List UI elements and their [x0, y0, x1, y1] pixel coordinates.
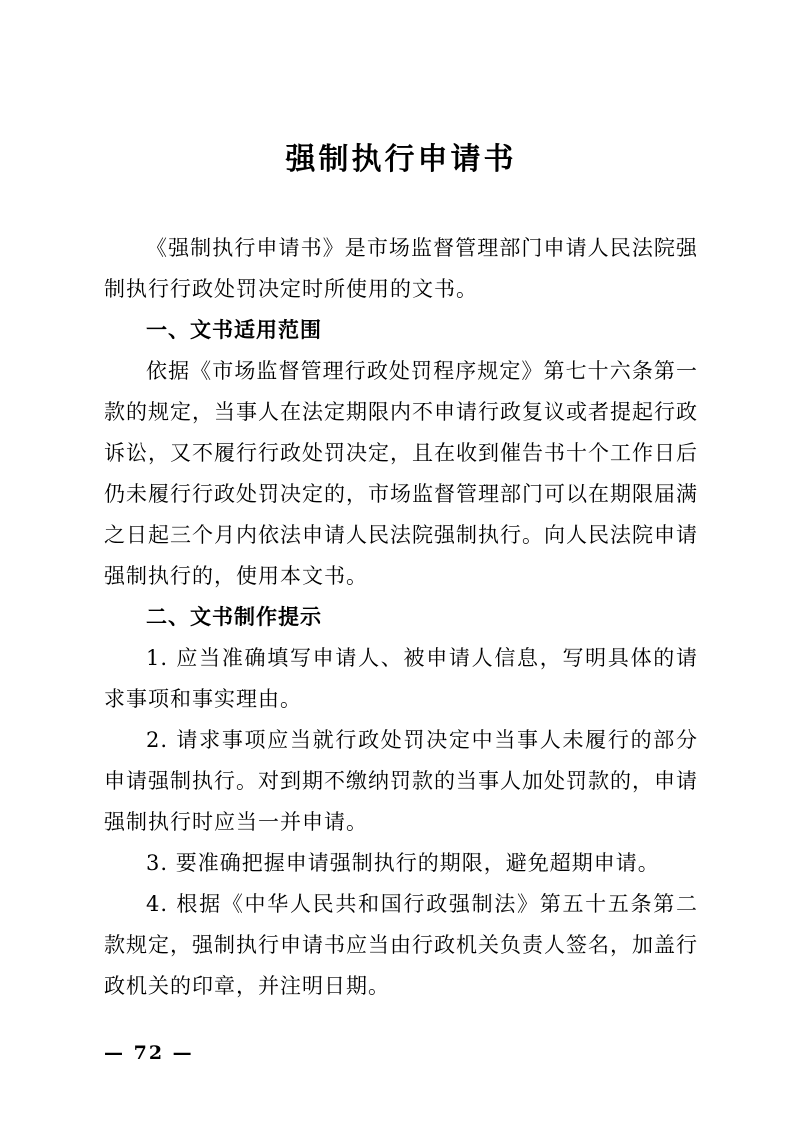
section-2-item-4: 4. 根据《中华人民共和国行政强制法》第五十五条第二款规定，强制执行申请书应当由…: [104, 884, 698, 1007]
section-2-item-2: 2. 请求事项应当就行政处罚决定中当事人未履行的部分申请强制执行。对到期不缴纳罚…: [104, 720, 698, 843]
document-page: 强制执行申请书 《强制执行申请书》是市场监督管理部门申请人民法院强制执行行政处罚…: [0, 0, 793, 1122]
page-footer: — 72 —: [104, 1042, 194, 1064]
section-2-item-1: 1. 应当准确填写申请人、被申请人信息，写明具体的请求事项和事实理由。: [104, 638, 698, 720]
section-1-paragraph: 依据《市场监督管理行政处罚程序规定》第七十六条第一款的规定，当事人在法定期限内不…: [104, 351, 698, 597]
intro-paragraph: 《强制执行申请书》是市场监督管理部门申请人民法院强制执行行政处罚决定时所使用的文…: [104, 228, 698, 310]
section-1-heading: 一、文书适用范围: [104, 310, 698, 351]
document-title: 强制执行申请书: [104, 140, 698, 180]
page-number: — 72 —: [104, 1042, 194, 1064]
section-2-heading: 二、文书制作提示: [104, 597, 698, 638]
section-2-item-3: 3. 要准确把握申请强制执行的期限，避免超期申请。: [104, 843, 698, 884]
